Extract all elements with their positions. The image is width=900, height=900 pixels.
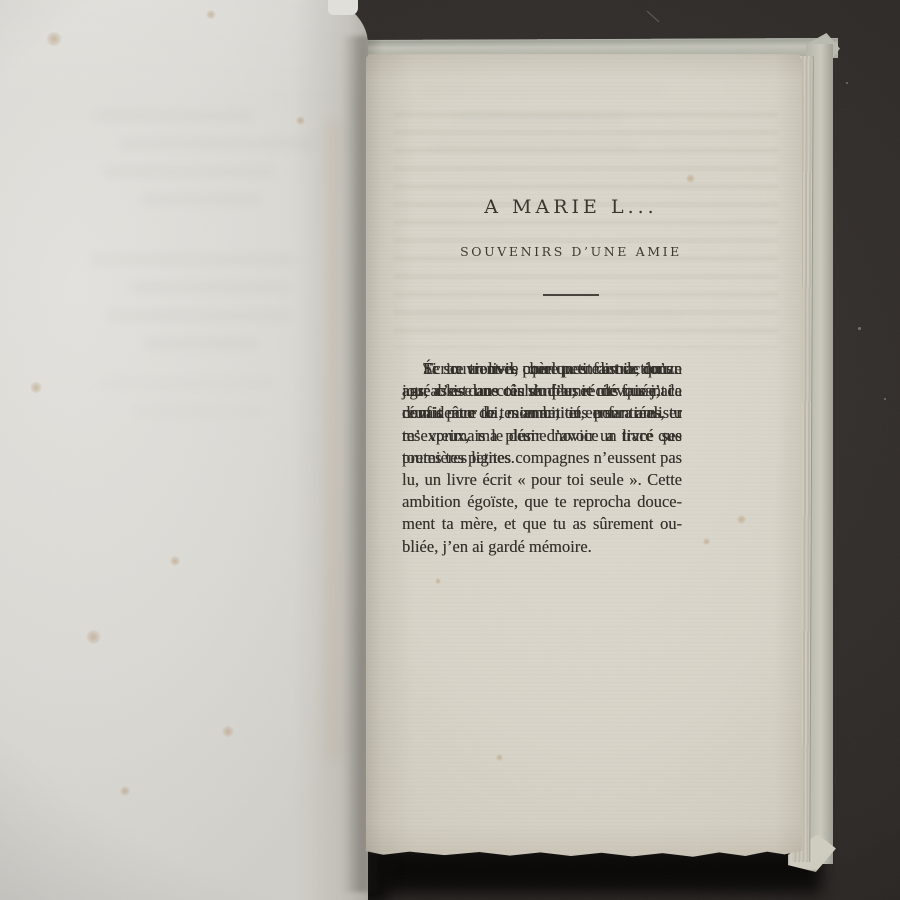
text-line: Si tu trouves quelques distractions: [402, 358, 672, 380]
dust-speck: [884, 398, 886, 400]
foxing-spot: [206, 10, 216, 19]
foxing-spot: [86, 630, 101, 644]
photo-of-open-book: A MARIE L... SOUVENIRS D’UNE AMIE Te sou…: [0, 0, 900, 900]
ghost-text-smudge: [104, 168, 274, 175]
text-line: réunis pour toi, mon amitié en sera am-: [402, 402, 672, 424]
foxing-spot: [296, 116, 305, 125]
page-title: A MARIE L...: [402, 196, 740, 218]
paragraph: Si tu trouves quelques distractionsagréa…: [402, 358, 672, 425]
foxing-spot: [737, 515, 746, 524]
ghost-text-smudge: [120, 140, 315, 147]
foxing-spot: [120, 786, 130, 796]
foxing-spot: [703, 538, 710, 545]
text-line: agréables dans ces simples récits que j’…: [402, 380, 672, 402]
text-line: tes vœux, ma plume novice a tracé ses: [402, 425, 682, 447]
ghost-text-smudge: [98, 380, 273, 387]
ghost-text-smudge: [94, 112, 254, 119]
separator-rule: [543, 294, 599, 296]
ghost-text-smudge: [140, 196, 260, 203]
dust-speck: [846, 82, 848, 84]
dust-speck: [858, 327, 861, 330]
page-subtitle: SOUVENIRS D’UNE AMIE: [402, 244, 740, 260]
ghost-text-smudge: [106, 312, 291, 319]
text-line: premières lignes.: [402, 447, 682, 469]
gutter-stain: [326, 120, 340, 760]
ghost-text-smudge: [90, 256, 295, 263]
text-line: ambition égoïste, que te reprocha douce-: [402, 491, 682, 513]
ghost-text-smudge: [130, 284, 290, 291]
printed-dedication: A MARIE L... SOUVENIRS D’UNE AMIE Te sou…: [402, 54, 740, 358]
text-line: ment ta mère, et que tu as sûrement ou-: [402, 513, 682, 535]
text-line: bliée, j’en ai gardé mémoire.: [402, 536, 682, 558]
ghost-text-smudge: [134, 408, 264, 415]
page-curl-tab: [328, 0, 358, 15]
ghost-text-smudge: [146, 340, 258, 347]
surface-scratch: [647, 11, 660, 22]
foxing-spot: [222, 726, 234, 737]
foxing-spot: [496, 754, 503, 761]
foxing-spot: [170, 556, 180, 566]
foxing-spot: [30, 382, 42, 393]
foxing-spot: [435, 578, 441, 584]
text-line: lu, un livre écrit « pour toi seule ». C…: [402, 469, 682, 491]
foxing-spot: [46, 32, 62, 46]
left-page: [0, 0, 368, 900]
right-page: A MARIE L... SOUVENIRS D’UNE AMIE Te sou…: [366, 54, 802, 858]
